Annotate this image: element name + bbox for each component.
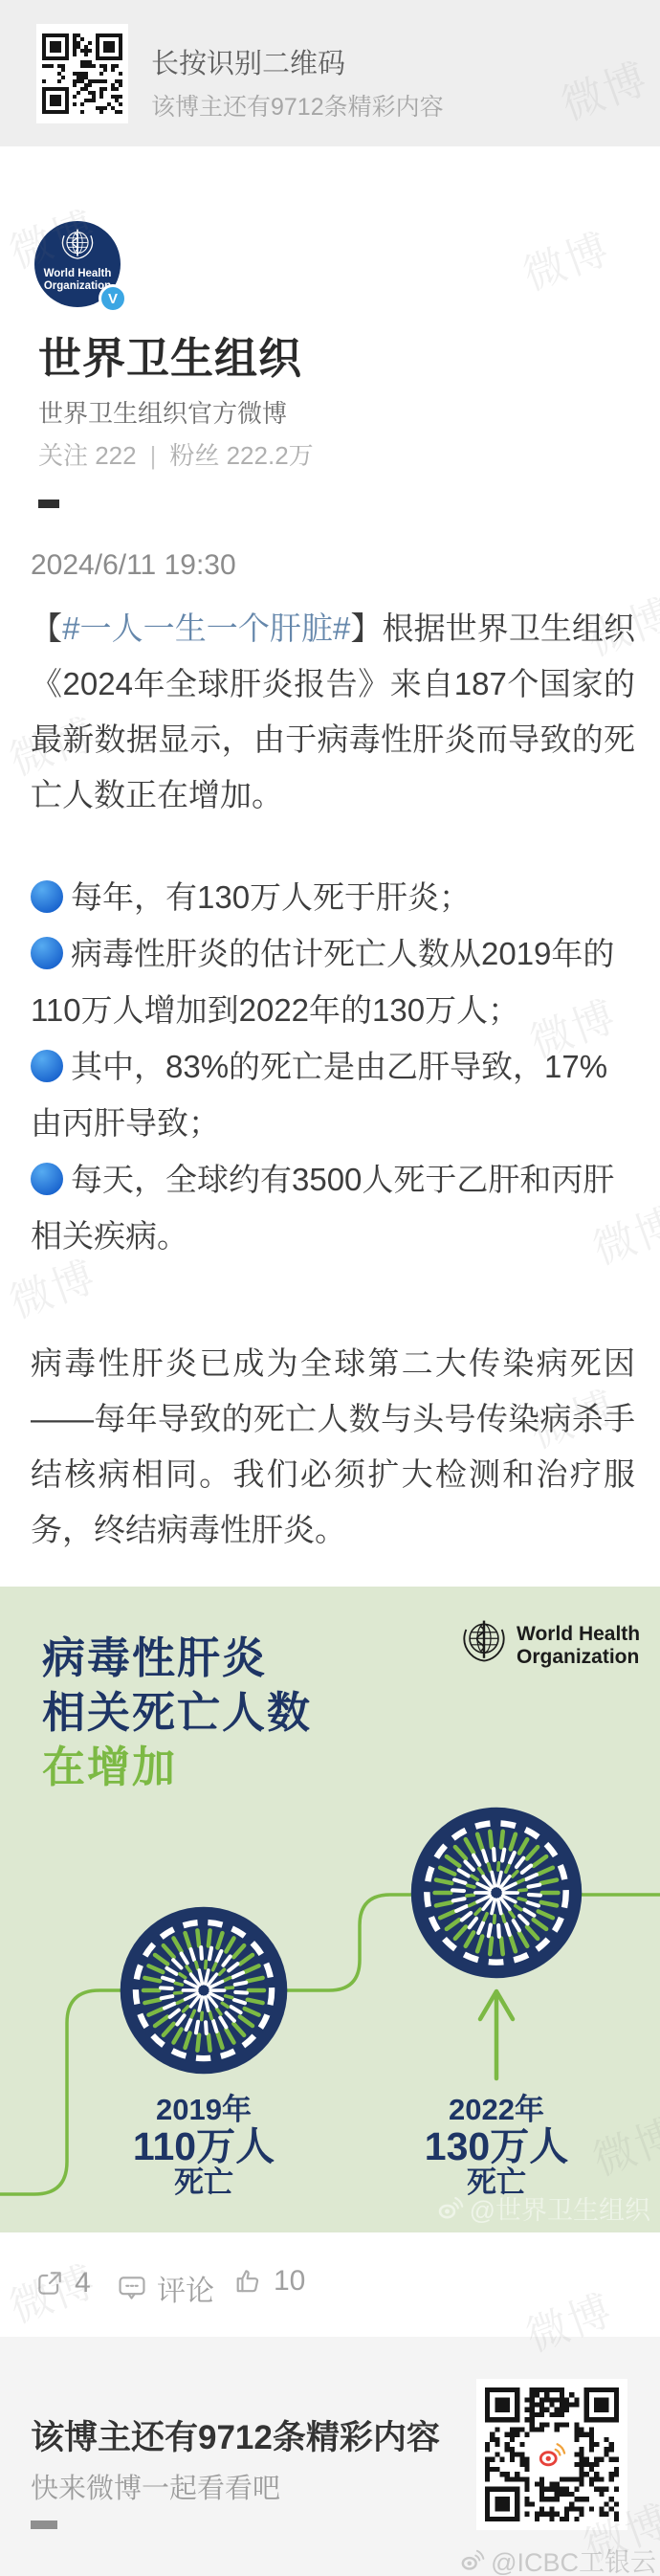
profile-header: World Health Organization V 世界卫生组织 世界卫生组…: [0, 146, 660, 601]
bullet-item: 每年，有130万人死于肝炎；: [0, 869, 660, 925]
who-text-line1: World Health: [517, 1623, 640, 1646]
weibo-icon: [437, 2196, 464, 2220]
weibo-logo-badge: [531, 2433, 573, 2476]
bullet-text: 每天，全球约有3500人死于乙肝和丙肝相关疾病。: [31, 1162, 614, 1254]
top-banner: 长按识别二维码 该博主还有9712条精彩内容: [0, 0, 660, 146]
more-content-label: 该博主还有9712条精彩内容: [151, 88, 444, 122]
count-2022: 130万人: [372, 2126, 621, 2166]
infographic-watermark-text: @世界卫生组织: [470, 2189, 650, 2227]
title-line-2: 相关死亡人数: [42, 1685, 312, 1740]
weibo-post-screenshot: 长按识别二维码 该博主还有9712条精彩内容 World Health Orga…: [0, 0, 660, 2576]
year-2022: 2022年: [372, 2094, 621, 2126]
hashtag-link[interactable]: #一人一生一个肝脏#: [62, 611, 350, 646]
share-icon: [34, 2268, 65, 2298]
post-intro-paragraph: 【#一人一生一个肝脏#】根据世界卫生组织《2024年全球肝炎报告》来自187个国…: [31, 601, 635, 823]
bracket-close: 】: [350, 611, 382, 646]
who-logo-text: World Health Organization: [517, 1623, 640, 1669]
bullet-text: 病毒性肝炎的估计死亡人数从2019年的110万人增加到2022年的130万人；: [31, 936, 614, 1028]
profile-name[interactable]: 世界卫生组织: [38, 323, 302, 386]
comment-icon: [117, 2273, 147, 2303]
thumbs-up-icon: [233, 2266, 264, 2297]
page-watermark: @ICBC工银云: [460, 2542, 656, 2576]
data-label-2022: 2022年 130万人 死亡: [372, 2094, 621, 2199]
infographic-image[interactable]: 病毒性肝炎 相关死亡人数 在增加 World Health Organizati…: [0, 1587, 660, 2232]
bullet-list: 每年，有130万人死于肝炎； 病毒性肝炎的估计死亡人数从2019年的110万人增…: [0, 869, 660, 1264]
fans-count: 粉丝 222.2万: [169, 441, 313, 470]
bullet-item: 每天，全球约有3500人死于乙肝和丙肝相关疾病。: [0, 1151, 660, 1264]
virus-icon-2022: [408, 1805, 584, 1981]
profile-description: 世界卫生组织官方微博: [38, 394, 287, 430]
who-emblem-icon: [56, 226, 99, 268]
bottom-banner: 该博主还有9712条精彩内容 快来微博一起看看吧: [0, 2337, 660, 2576]
virus-icon-2019: [118, 1904, 290, 2076]
weibo-icon: [538, 2442, 566, 2468]
page-watermark-text: @ICBC工银云: [491, 2542, 656, 2576]
bullet-text: 每年，有130万人死于肝炎；: [71, 879, 471, 915]
bracket-open: 【: [31, 611, 62, 646]
comment-button[interactable]: 评论: [117, 2267, 214, 2309]
post-body: 【#一人一生一个肝脏#】根据世界卫生组织《2024年全球肝炎报告》来自187个国…: [0, 601, 660, 1587]
up-arrow-icon: [480, 1991, 513, 2078]
follow-stats: 关注 222|粉丝 222.2万: [38, 436, 314, 472]
like-button[interactable]: 10: [233, 2265, 305, 2298]
death-label-2019: 死亡: [79, 2166, 328, 2199]
blue-circle-icon: [31, 937, 63, 969]
qr-hint-label: 长按识别二维码: [151, 42, 345, 81]
follow-count: 关注 222: [38, 441, 137, 470]
data-label-2019: 2019年 110万人 死亡: [79, 2094, 328, 2199]
bottom-subtitle: 快来微博一起看看吧: [31, 2467, 280, 2506]
year-2019: 2019年: [79, 2094, 328, 2126]
share-count: 4: [75, 2267, 91, 2299]
title-line-1: 病毒性肝炎: [42, 1631, 312, 1685]
action-bar: 4 评论 10: [0, 2232, 660, 2337]
bullet-item: 其中，83%的死亡是由乙肝导致，17%由丙肝导致；: [0, 1038, 660, 1151]
bottom-title: 该博主还有9712条精彩内容: [31, 2411, 440, 2459]
blue-circle-icon: [31, 1050, 63, 1082]
title-line-3: 在增加: [42, 1740, 312, 1794]
blue-circle-icon: [31, 880, 63, 913]
post-date: 2024/6/11 19:30: [31, 549, 236, 582]
who-text-line2: Organization: [517, 1646, 640, 1669]
collapsed-dash: [31, 2520, 57, 2529]
collapsed-dash: [38, 500, 59, 508]
comment-label: 评论: [157, 2267, 214, 2309]
count-2019: 110万人: [79, 2126, 328, 2166]
stats-separator: |: [150, 441, 157, 470]
top-qr-code[interactable]: [36, 24, 128, 123]
bullet-item: 病毒性肝炎的估计死亡人数从2019年的110万人增加到2022年的130万人；: [0, 925, 660, 1038]
verified-badge: V: [99, 284, 127, 313]
who-emblem-icon: [457, 1615, 511, 1669]
blue-circle-icon: [31, 1163, 63, 1195]
bullet-text: 其中，83%的死亡是由乙肝导致，17%由丙肝导致；: [31, 1049, 607, 1141]
post-closing-paragraph: 病毒性肝炎已成为全球第二大传染病死因——每年导致的死亡人数与头号传染病杀手结核病…: [31, 1336, 635, 1558]
who-logo: World Health Organization: [457, 1615, 658, 1674]
weibo-icon: [460, 2549, 485, 2571]
avatar-text-line1: World Health: [44, 268, 112, 280]
infographic-title: 病毒性肝炎 相关死亡人数 在增加: [42, 1631, 312, 1794]
infographic-watermark: @世界卫生组织: [437, 2189, 650, 2227]
like-count: 10: [274, 2265, 305, 2298]
share-button[interactable]: 4: [34, 2267, 91, 2299]
